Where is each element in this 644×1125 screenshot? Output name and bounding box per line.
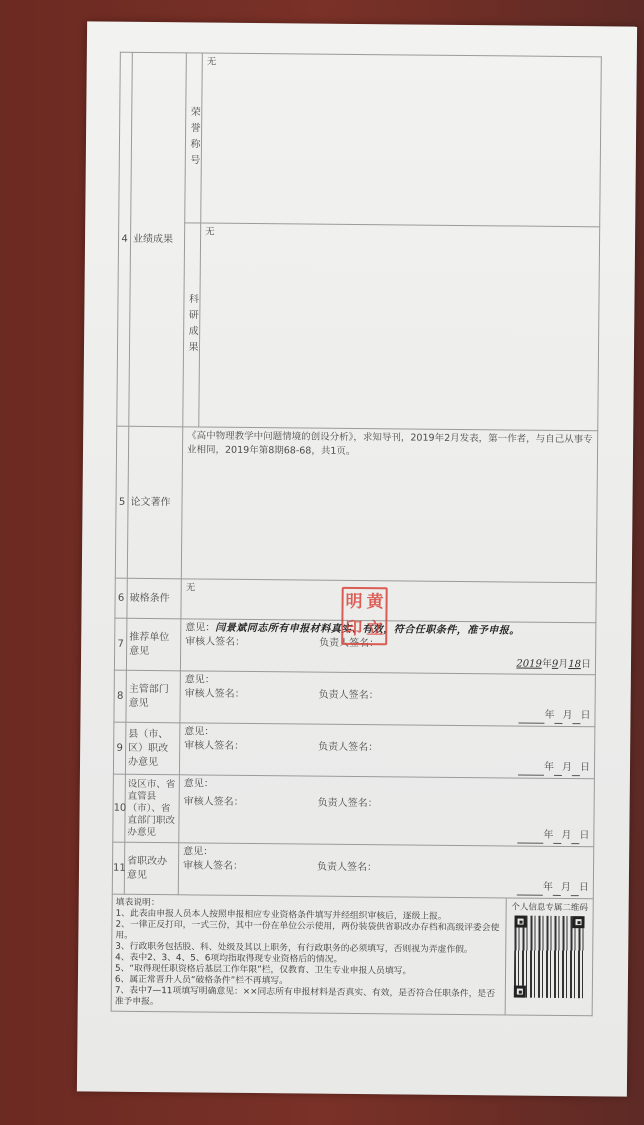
date-field[interactable]: 2019年9月18日 <box>516 658 591 673</box>
exception-content[interactable]: 无 <box>181 579 596 623</box>
opinion-label: 意见： <box>185 622 215 633</box>
official-seal-stamp: 明 黄 印 立 <box>341 587 388 645</box>
row-number: 11 <box>112 842 124 894</box>
row-achievements-research: 科研成果 无 <box>117 222 600 431</box>
row-number: 6 <box>115 578 127 618</box>
year-label: 年 <box>543 830 553 841</box>
year-label: 年 <box>542 659 552 670</box>
date-field[interactable]: 年 月 日 <box>517 829 589 845</box>
row-label: 论文著作 <box>127 426 182 579</box>
row-number: 10 <box>113 774 126 842</box>
row-province-office: 11 省职改办意见 意见： 审核人签名： 负责人签名： 年 月 日 <box>112 842 593 899</box>
paper-sheet: 4 业绩成果 荣誉称号 无 科研成果 无 5 论文著作 《高中物理教学中问题情境… <box>77 21 637 1096</box>
year-label: 年 <box>544 710 554 721</box>
qr-code-icon[interactable] <box>514 916 585 999</box>
reviewer-signature-label[interactable]: 审核人签名： <box>185 687 319 702</box>
opinion-cell: 意见： 审核人签名： 负责人签名： 年 月 日 <box>179 723 594 779</box>
reviewer-signature-label[interactable]: 审核人签名： <box>185 635 319 650</box>
row-label: 县（市、区）职改办意见 <box>125 722 179 775</box>
date-year: 2019 <box>516 659 542 670</box>
month-label: 月 <box>558 659 568 670</box>
seal-char: 立 <box>364 616 385 643</box>
day-label: 日 <box>581 659 591 670</box>
date-day: 18 <box>568 659 581 670</box>
qr-label: 个人信息专属二维码 <box>509 900 591 913</box>
day-label: 日 <box>579 882 589 893</box>
leader-signature-label[interactable]: 负责人签名： <box>318 741 378 756</box>
row-label: 主管部门意见 <box>126 670 180 723</box>
date-field[interactable]: 年 月 日 <box>518 761 590 777</box>
leader-signature-label[interactable]: 负责人签名： <box>317 861 377 876</box>
month-label: 月 <box>561 882 571 893</box>
row-papers: 5 论文著作 《高中物理教学中问题情境的创设分析》，求知导刊，2019年2月发表… <box>115 426 597 583</box>
opinion-cell: 意见： 审核人签名： 负责人签名： 年 月 日 <box>178 843 593 899</box>
seal-char: 黄 <box>364 589 385 616</box>
seal-char: 印 <box>343 616 364 643</box>
year-label: 年 <box>543 882 553 893</box>
sub-label-honors: 荣誉称号 <box>185 53 203 223</box>
row-label: 省职改办意见 <box>124 842 178 895</box>
opinion-cell: 意见：闫景斌同志所有申报材料真实、有效，符合任职条件，准予申报。 审核人签名： … <box>180 619 595 675</box>
row-number: 9 <box>113 722 125 774</box>
day-label: 日 <box>580 762 590 773</box>
leader-signature-label[interactable]: 负责人签名： <box>318 797 378 812</box>
filling-instructions: 填表说明： 1、此表由申报人员本人按照申报相应专业资格条件填写并经组织审核后，逐… <box>111 895 594 1017</box>
row-recommend-unit: 7 推荐单位意见 意见：闫景斌同志所有申报材料真实、有效，符合任职条件，准予申报… <box>114 618 595 675</box>
research-content[interactable]: 无 <box>199 223 600 431</box>
papers-content[interactable]: 《高中物理教学中问题情境的创设分析》，求知导刊，2019年2月发表，第一作者，与… <box>181 427 597 583</box>
opinion-label[interactable]: 意见： <box>184 777 590 795</box>
month-label: 月 <box>562 762 572 773</box>
month-label: 月 <box>562 710 572 721</box>
row-number: 8 <box>114 670 126 722</box>
row-number: 7 <box>114 618 126 670</box>
opinion-cell: 意见： 审核人签名： 负责人签名： 年 月 日 <box>179 775 595 847</box>
qr-code-panel: 个人信息专属二维码 <box>505 898 593 1015</box>
row-label: 推荐单位意见 <box>126 618 180 671</box>
opinion-cell: 意见： 审核人签名： 负责人签名： 年 月 日 <box>180 671 595 727</box>
seal-char: 明 <box>343 589 364 616</box>
row-label: 破格条件 <box>127 578 181 619</box>
instruction-item: 7、表中7—11项填写明确意见：××同志所有申报材料是否真实、有效，是否符合任职… <box>115 986 502 1012</box>
year-label: 年 <box>544 762 554 773</box>
month-label: 月 <box>561 830 571 841</box>
form-table: 4 业绩成果 荣誉称号 无 科研成果 无 5 论文著作 《高中物理教学中问题情境… <box>112 52 602 900</box>
sub-label-research: 科研成果 <box>183 223 201 427</box>
application-form: 4 业绩成果 荣誉称号 无 科研成果 无 5 论文著作 《高中物理教学中问题情境… <box>111 52 602 1017</box>
leader-signature-label[interactable]: 负责人签名： <box>319 689 379 704</box>
reviewer-signature-label[interactable]: 审核人签名： <box>183 859 317 874</box>
date-field[interactable]: 年 月 日 <box>518 709 590 725</box>
row-county-office: 9 县（市、区）职改办意见 意见： 审核人签名： 负责人签名： 年 月 日 <box>113 722 594 779</box>
honors-content[interactable]: 无 <box>201 53 602 227</box>
instructions-text: 填表说明： 1、此表由申报人员本人按照申报相应专业资格条件填写并经组织审核后，逐… <box>112 895 506 1015</box>
reviewer-signature-label[interactable]: 审核人签名： <box>184 795 318 810</box>
row-label: 设区市、省直管县（市）、省直部门职改办意见 <box>125 774 180 843</box>
day-label: 日 <box>579 830 589 841</box>
date-field[interactable]: 年 月 日 <box>517 881 589 897</box>
row-label: 业绩成果 <box>129 52 187 427</box>
row-achievements-honors: 4 业绩成果 荣誉称号 无 <box>119 52 602 227</box>
row-department: 8 主管部门意见 意见： 审核人签名： 负责人签名： 年 月 日 <box>114 670 595 727</box>
day-label: 日 <box>580 710 590 721</box>
reviewer-signature-label[interactable]: 审核人签名： <box>184 739 318 754</box>
row-city-office: 10 设区市、省直管县（市）、省直部门职改办意见 意见： 审核人签名： 负责人签… <box>113 774 595 847</box>
